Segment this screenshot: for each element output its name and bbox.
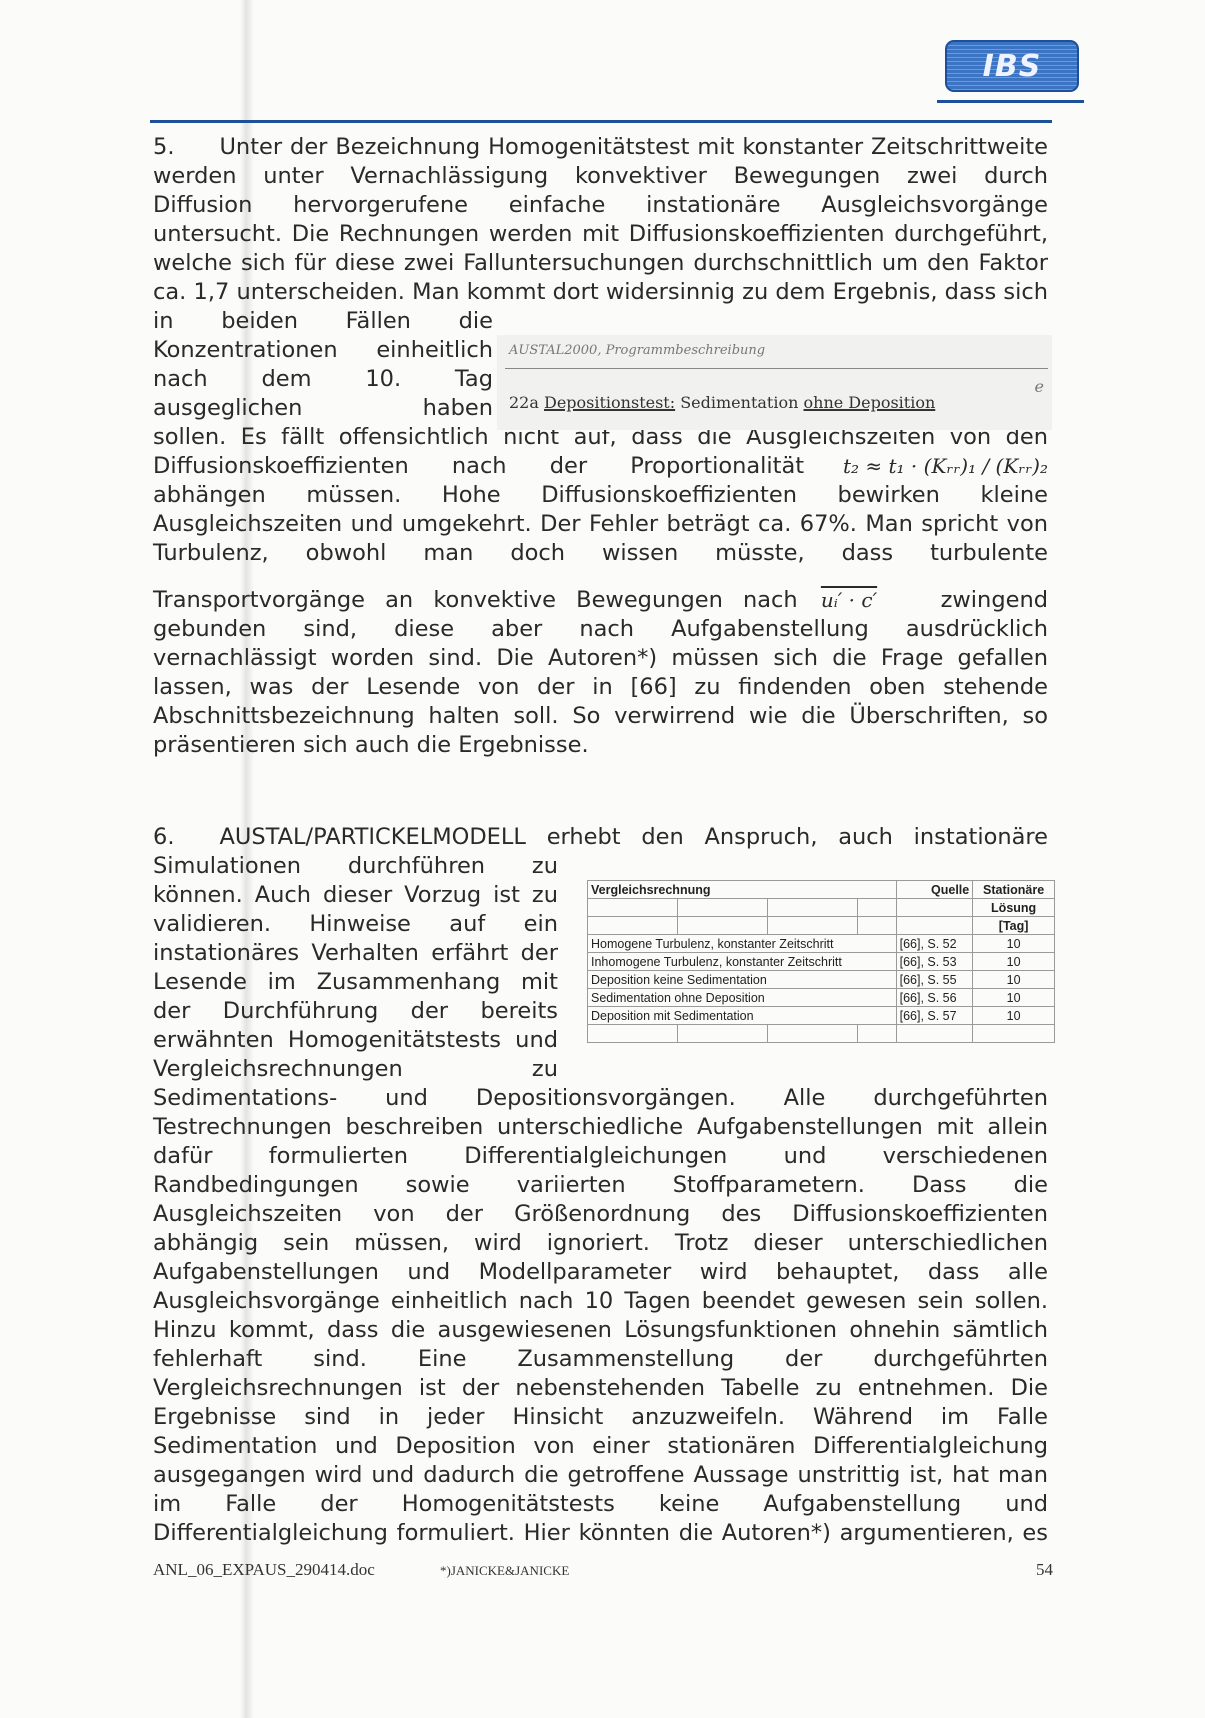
ibs-logo: IBS <box>945 40 1079 92</box>
empty-cell <box>588 1025 678 1043</box>
transport-text-end: zwingend <box>941 586 1048 615</box>
text-line: Vergleichsrechnungen ist der nebenstehen… <box>153 1374 1048 1403</box>
inset-running-head: AUSTAL2000, Programmbeschreibung <box>509 343 765 358</box>
text-line: Hinzu kommt, dass die ausgewiesenen Lösu… <box>153 1316 1048 1345</box>
text-line: in beiden Fällen die <box>153 307 493 336</box>
row-source: [66], S. 53 <box>896 953 973 971</box>
handwritten-mark: e <box>1035 377 1044 396</box>
text-line: Ausgleichsvorgänge einheitlich nach 10 T… <box>153 1287 1048 1316</box>
text-line: der Durchführung der bereits <box>153 997 558 1026</box>
text-line: Vergleichsrechnungen zu <box>153 1055 558 1084</box>
footer-filename: ANL_06_EXPAUS_290414.doc <box>153 1560 375 1580</box>
header-vergleichsrechnung: Vergleichsrechnung <box>588 881 897 899</box>
text-line: Sedimentations- und Depositionsvorgängen… <box>153 1084 1048 1113</box>
row-name: Inhomogene Turbulenz, konstanter Zeitsch… <box>588 953 897 971</box>
table-row: Sedimentation ohne Deposition [66], S. 5… <box>588 989 1055 1007</box>
text-line: werden unter Vernachlässigung konvektive… <box>153 162 1048 191</box>
text-line: untersucht. Die Rechnungen werden mit Di… <box>153 220 1048 249</box>
text-line: Ausgleichszeiten und umgekehrt. Der Fehl… <box>153 510 1048 539</box>
row-source: [66], S. 52 <box>896 935 973 953</box>
row-source: [66], S. 55 <box>896 971 973 989</box>
comparison-table: Vergleichsrechnung Quelle Stationäre Lös… <box>587 880 1055 1043</box>
table-row: Homogene Turbulenz, konstanter Zeitschri… <box>588 935 1055 953</box>
austal-inset-image: AUSTAL2000, Programmbeschreibung 22a Dep… <box>497 335 1052 430</box>
row-days: 10 <box>973 953 1055 971</box>
table-empty-row <box>588 1025 1055 1043</box>
text-line: abhängen müssen. Hohe Diffusionskoeffizi… <box>153 481 1048 510</box>
text-line: Ausgleichszeiten von der Größenordnung d… <box>153 1200 1048 1229</box>
text-line: Simulationen durchführen zu <box>153 852 558 881</box>
page-number: 54 <box>1036 1560 1053 1580</box>
text-line: Sedimentation und Deposition von einer s… <box>153 1432 1048 1461</box>
text-line: welche sich für diese zwei Falluntersuch… <box>153 249 1048 278</box>
inset-title-a: Depositionstest: <box>544 393 675 412</box>
row-name: Homogene Turbulenz, konstanter Zeitschri… <box>588 935 897 953</box>
empty-cell <box>677 899 767 917</box>
table-header-row: Lösung <box>588 899 1055 917</box>
section-5: 5. Unter der Bezeichnung Homogenitätstes… <box>153 133 1048 760</box>
row-days: 10 <box>973 1007 1055 1025</box>
empty-cell <box>896 899 973 917</box>
text-line: Diffusion hervorgerufene einfache instat… <box>153 191 1048 220</box>
text-line: dafür formulierten Differentialgleichung… <box>153 1142 1048 1171</box>
logo-underline <box>937 100 1084 103</box>
text-line: lassen, was der Lesende von der in [66] … <box>153 673 1048 702</box>
text-line: validieren. Hinweise auf ein <box>153 910 558 939</box>
inset-title-c: ohne Deposition <box>804 393 936 412</box>
empty-cell <box>896 1025 973 1043</box>
row-source: [66], S. 56 <box>896 989 973 1007</box>
empty-cell <box>973 1025 1055 1043</box>
header-quelle: Quelle <box>896 881 973 899</box>
row-days: 10 <box>973 989 1055 1007</box>
table-row: Inhomogene Turbulenz, konstanter Zeitsch… <box>588 953 1055 971</box>
text-line: Turbulenz, obwohl man doch wissen müsste… <box>153 539 1048 568</box>
text-line: ausgeglichen haben <box>153 394 493 423</box>
inset-title-b: Sedimentation <box>680 393 798 412</box>
text-line: 5. Unter der Bezeichnung Homogenitätstes… <box>153 133 1048 162</box>
text-line: Lesende im Zusammenhang mit <box>153 968 558 997</box>
text-line: vernachlässigt worden sind. Die Autoren*… <box>153 644 1048 673</box>
text-line: Ergebnisse sind in jeder Hinsicht anzuzw… <box>153 1403 1048 1432</box>
text-line: Randbedingungen sowie variierten Stoffpa… <box>153 1171 1048 1200</box>
empty-cell <box>588 917 678 935</box>
table-header-row: [Tag] <box>588 917 1055 935</box>
text-line: im Falle der Homogenitätstests keine Auf… <box>153 1490 1048 1519</box>
header-stationaer: Stationäre <box>973 881 1055 899</box>
transport-line: Transportvorgänge an konvektive Bewegung… <box>153 586 1048 615</box>
text-line: Differentialgleichung formuliert. Hier k… <box>153 1519 1048 1548</box>
empty-cell <box>677 917 767 935</box>
inset-rule <box>505 368 1048 369</box>
text-line: Abschnittsbezeichnung halten soll. So ve… <box>153 702 1048 731</box>
empty-cell <box>767 899 857 917</box>
text-line: Konzentrationen einheitlich <box>153 336 493 365</box>
table-row: Deposition mit Sedimentation [66], S. 57… <box>588 1007 1055 1025</box>
empty-cell <box>767 1025 857 1043</box>
header-rule <box>150 120 1052 123</box>
proportionality-text: Diffusionskoeffizienten nach der Proport… <box>153 453 804 479</box>
text-line: präsentieren sich auch die Ergebnisse. <box>153 731 1048 760</box>
proportionality-line: Diffusionskoeffizienten nach der Proport… <box>153 452 1048 481</box>
row-name: Deposition keine Sedimentation <box>588 971 897 989</box>
empty-cell <box>767 917 857 935</box>
transport-text: Transportvorgänge an konvektive Bewegung… <box>153 587 798 613</box>
header-tag: [Tag] <box>973 917 1055 935</box>
text-line: Testrechnungen beschreiben unterschiedli… <box>153 1113 1048 1142</box>
proportionality-formula: t₂ ≈ t₁ · (Kᵣᵣ)₁ / (Kᵣᵣ)₂ <box>843 452 1048 481</box>
text-line: abhängig sein müssen, wird ignoriert. Tr… <box>153 1229 1048 1258</box>
text-line: 6. AUSTAL/PARTICKELMODELL erhebt den Ans… <box>153 823 1048 852</box>
row-name: Sedimentation ohne Deposition <box>588 989 897 1007</box>
logo-text: IBS <box>983 49 1042 84</box>
empty-cell <box>857 917 896 935</box>
text-line: erwähnten Homogenitätstests und <box>153 1026 558 1055</box>
inset-number: 22a <box>509 393 539 412</box>
text-line: ausgegangen wird und dadurch die getroff… <box>153 1461 1048 1490</box>
empty-cell <box>588 899 678 917</box>
text-line: instationäres Verhalten erfährt der <box>153 939 558 968</box>
text-line: fehlerhaft sind. Eine Zusammenstellung d… <box>153 1345 1048 1374</box>
text-line: gebunden sind, diese aber nach Aufgabens… <box>153 615 1048 644</box>
table-row: Deposition keine Sedimentation [66], S. … <box>588 971 1055 989</box>
inset-title: 22a Depositionstest: Sedimentation ohne … <box>509 393 935 412</box>
empty-cell <box>896 917 973 935</box>
text-line: ca. 1,7 unterscheiden. Man kommt dort wi… <box>153 278 1048 307</box>
empty-cell <box>857 899 896 917</box>
footer-authors: *)JANICKE&JANICKE <box>440 1563 569 1579</box>
row-days: 10 <box>973 971 1055 989</box>
empty-cell <box>857 1025 896 1043</box>
row-name: Deposition mit Sedimentation <box>588 1007 897 1025</box>
text-line: Aufgabenstellungen und Modellparameter w… <box>153 1258 1048 1287</box>
empty-cell <box>677 1025 767 1043</box>
row-source: [66], S. 57 <box>896 1007 973 1025</box>
flux-formula: uᵢ′ · c′ <box>821 588 877 612</box>
table-header-row: Vergleichsrechnung Quelle Stationäre <box>588 881 1055 899</box>
text-line: können. Auch dieser Vorzug ist zu <box>153 881 558 910</box>
text-line: nach dem 10. Tag <box>153 365 493 394</box>
row-days: 10 <box>973 935 1055 953</box>
header-loesung: Lösung <box>973 899 1055 917</box>
